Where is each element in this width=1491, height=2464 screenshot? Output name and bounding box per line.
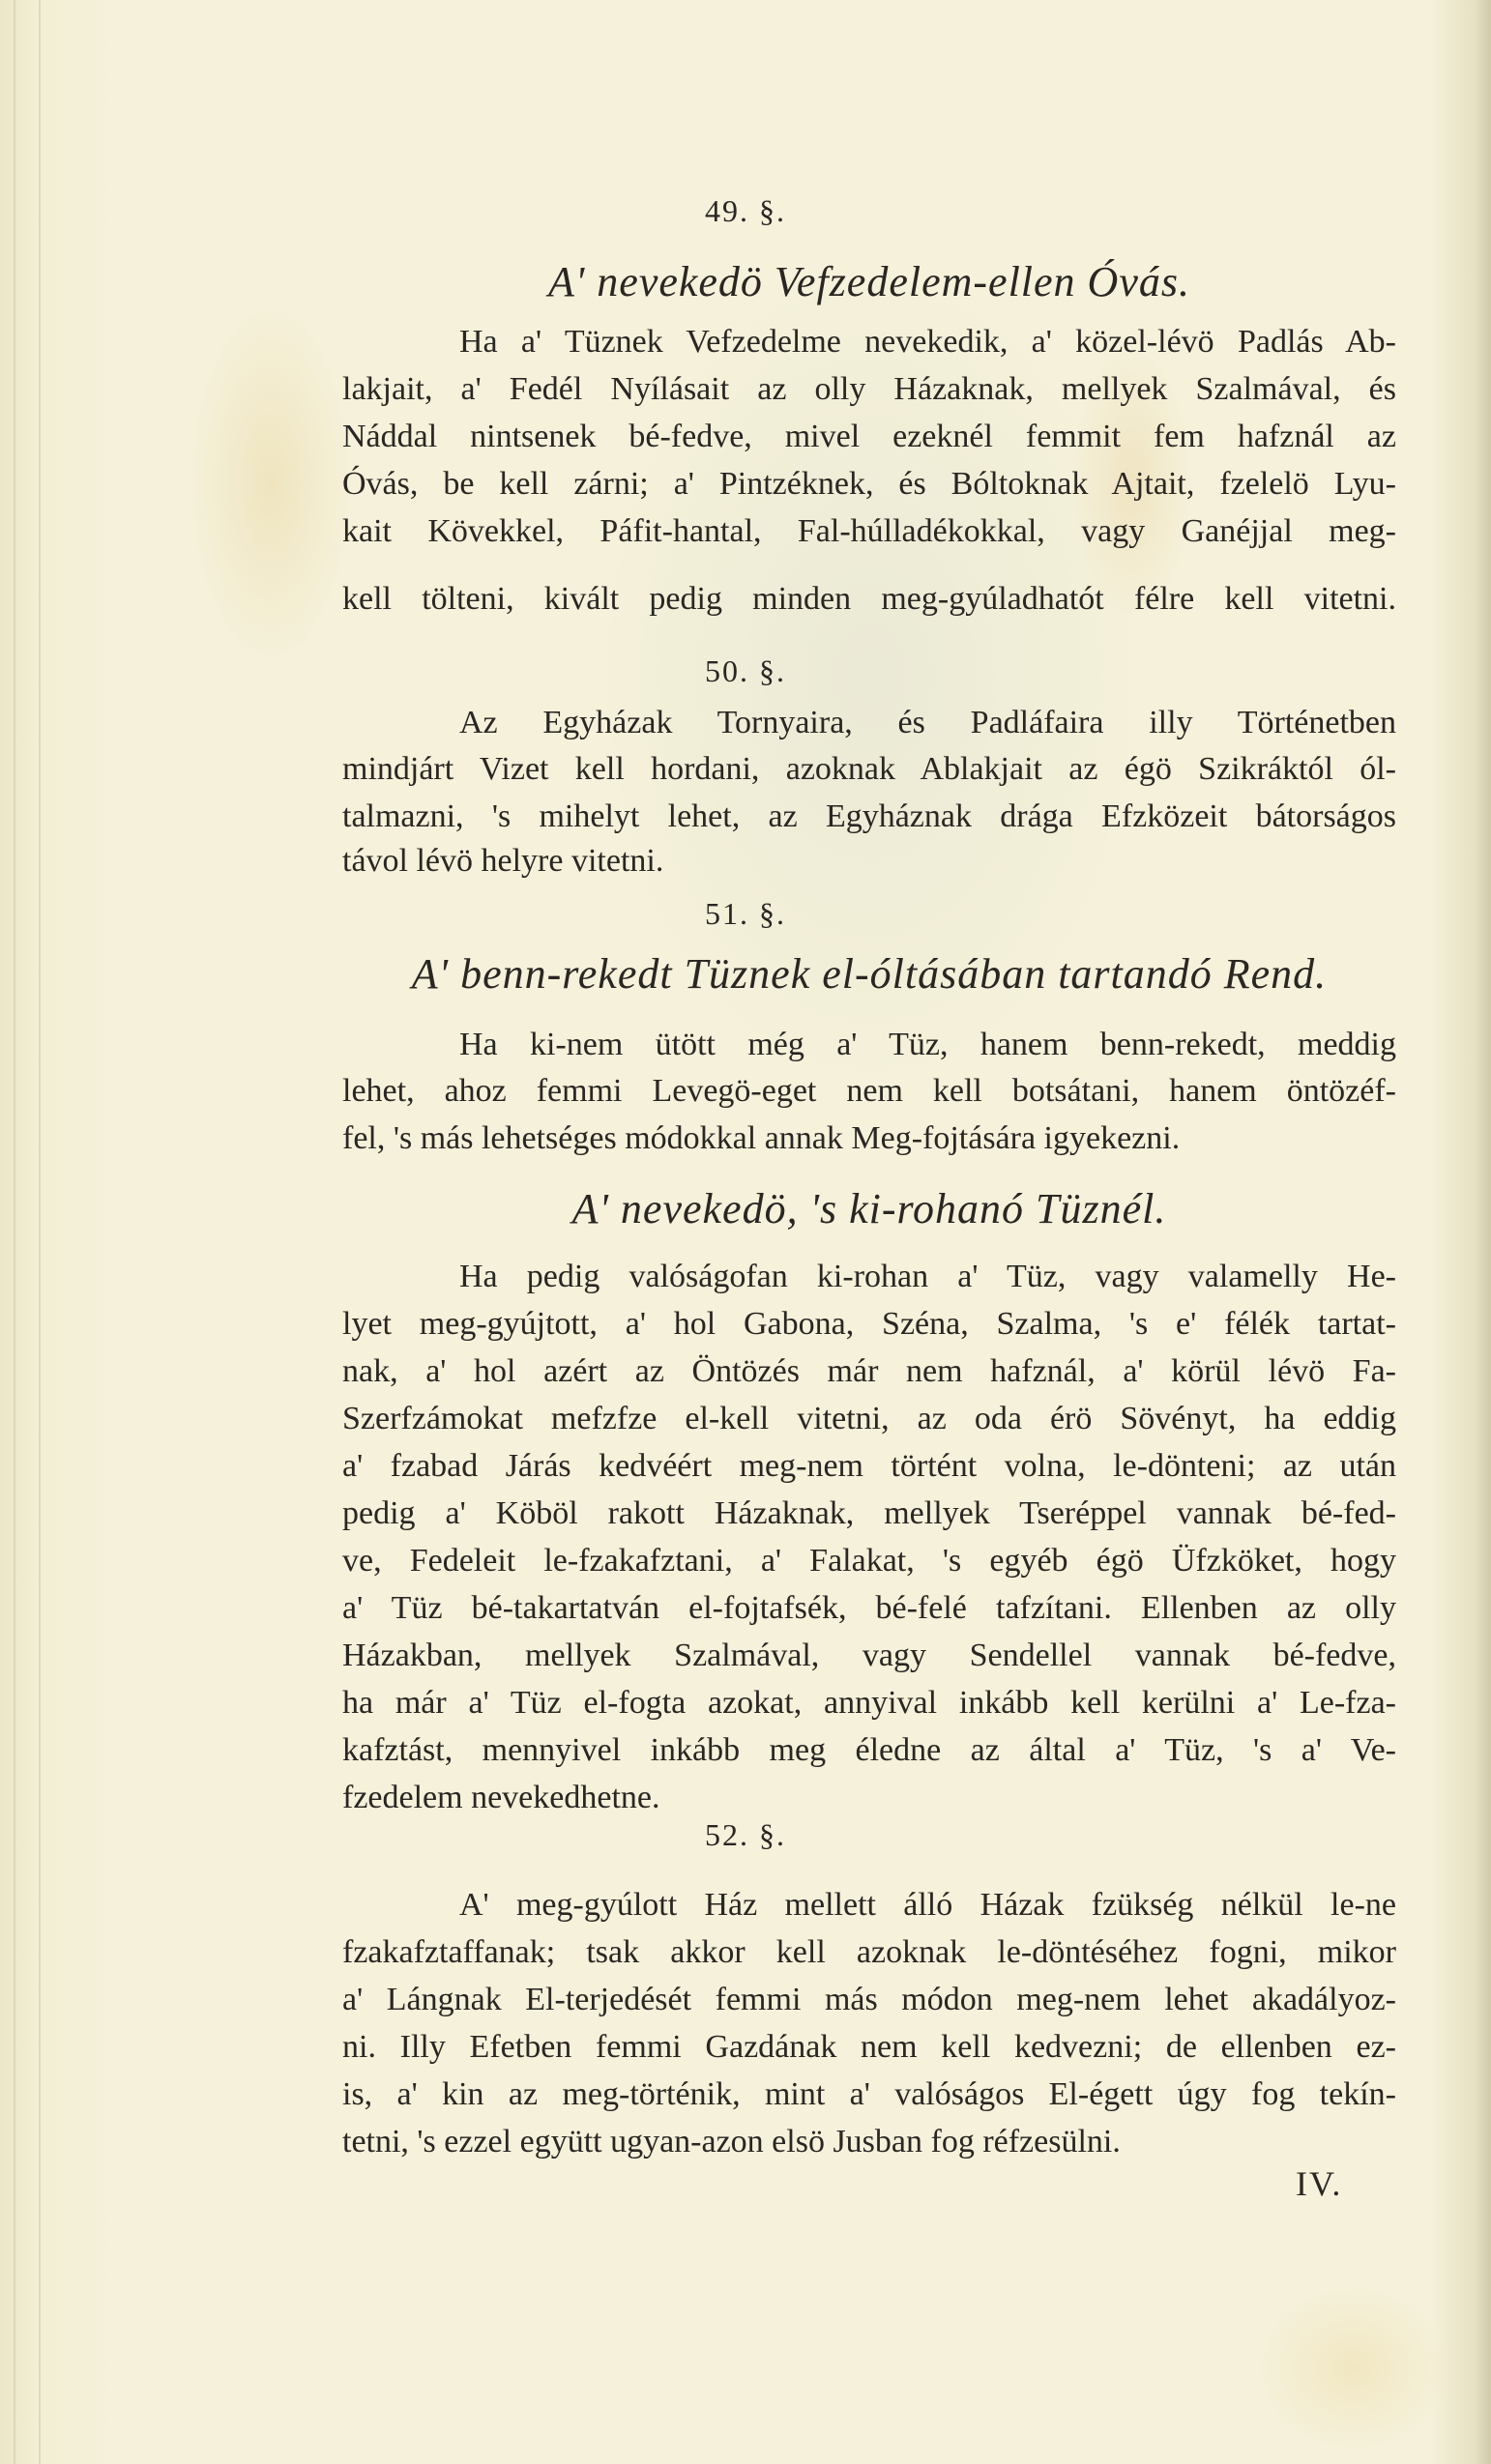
text-line: fzakafztaffanak; tsak akkor kell azoknak…: [342, 1933, 1396, 1972]
text-line: kafztást, mennyivel inkább meg éledne az…: [342, 1731, 1396, 1770]
text-line: talmazni, 's mihelyt lehet, az Egyháznak…: [342, 797, 1396, 836]
text-line: a' Lángnak El-terjedését femmi más módon…: [342, 1981, 1396, 2019]
page-gutter-line: [14, 0, 15, 2464]
text-line: pedig a' Köböl rakott Házaknak, mellyek …: [342, 1494, 1396, 1533]
text-line: kait Kövekkel, Páfit-hantal, Fal-húlladé…: [342, 512, 1396, 551]
text-line: lakjait, a' Fedél Nyílásait az olly Háza…: [342, 370, 1396, 409]
section-number-52: 52. §.: [0, 1817, 1491, 1853]
text-line: ha már a' Tüz el-fogta azokat, annyival …: [342, 1684, 1396, 1723]
text-line: kell tölteni, kivált pedig minden meg-gy…: [342, 580, 1396, 619]
section-heading-51: A' benn-rekedt Tüznek el-óltásában tarta…: [342, 949, 1396, 999]
section-number-50: 50. §.: [0, 653, 1491, 689]
section-number-49: 49. §.: [0, 193, 1491, 229]
text-line: Ha pedig valóságofan ki-rohan a' Tüz, va…: [459, 1258, 1396, 1296]
text-line: ni. Illy Efetben femmi Gazdának nem kell…: [342, 2028, 1396, 2067]
text-line: fel, 's más lehetséges módokkal annak Me…: [342, 1119, 1396, 1158]
text-line: távol lévö helyre vitetni.: [342, 842, 1396, 881]
page-gutter-line: [39, 0, 41, 2464]
text-line: nak, a' hol azért az Öntözés már nem haf…: [342, 1352, 1396, 1391]
text-line: Házakban, mellyek Szalmával, vagy Sendel…: [342, 1637, 1396, 1675]
text-line: Ha ki-nem ütött még a' Tüz, hanem benn-r…: [459, 1026, 1396, 1064]
section-number-51: 51. §.: [0, 896, 1491, 932]
text-line: Óvás, be kell zárni; a' Pintzéknek, és B…: [342, 465, 1396, 504]
text-line: a' Tüz bé-takartatván el-fojtafsék, bé-f…: [342, 1589, 1396, 1628]
text-line: mindjárt Vizet kell hordani, azoknak Abl…: [342, 750, 1396, 789]
text-line: Ha a' Tüznek Vefzedelme nevekedik, a' kö…: [459, 323, 1396, 362]
text-line: Szerfzámokat mefzfze el-kell vitetni, az…: [342, 1400, 1396, 1438]
text-line: Náddal nintsenek bé-fedve, mivel ezeknél…: [342, 418, 1396, 456]
text-line: A' meg-gyúlott Ház mellett álló Házak fz…: [459, 1886, 1396, 1925]
text-line: Az Egyházak Tornyaira, és Padláfaira ill…: [459, 704, 1396, 742]
text-line: ve, Fedeleit le-fzakafztani, a' Falakat,…: [342, 1542, 1396, 1580]
text-line: lehet, ahoz femmi Levegö-eget nem kell b…: [342, 1072, 1396, 1111]
text-line: a' fzabad Járás kedvéért meg-nem történt…: [342, 1447, 1396, 1486]
section-heading-49: A' nevekedö Vefzedelem-ellen Óvás.: [342, 257, 1396, 306]
text-line: lyet meg-gyújtott, a' hol Gabona, Széna,…: [342, 1305, 1396, 1344]
text-line: is, a' kin az meg-történik, mint a' való…: [342, 2075, 1396, 2114]
catchword: IV.: [1296, 2163, 1342, 2204]
subheading-51: A' nevekedö, 's ki-rohanó Tüznél.: [342, 1184, 1396, 1233]
text-line: fzedelem nevekedhetne.: [342, 1779, 1396, 1817]
text-line: tetni, 's ezzel együtt ugyan-azon elsö J…: [342, 2123, 1396, 2161]
book-page: 49. §. A' nevekedö Vefzedelem-ellen Óvás…: [0, 0, 1491, 2464]
